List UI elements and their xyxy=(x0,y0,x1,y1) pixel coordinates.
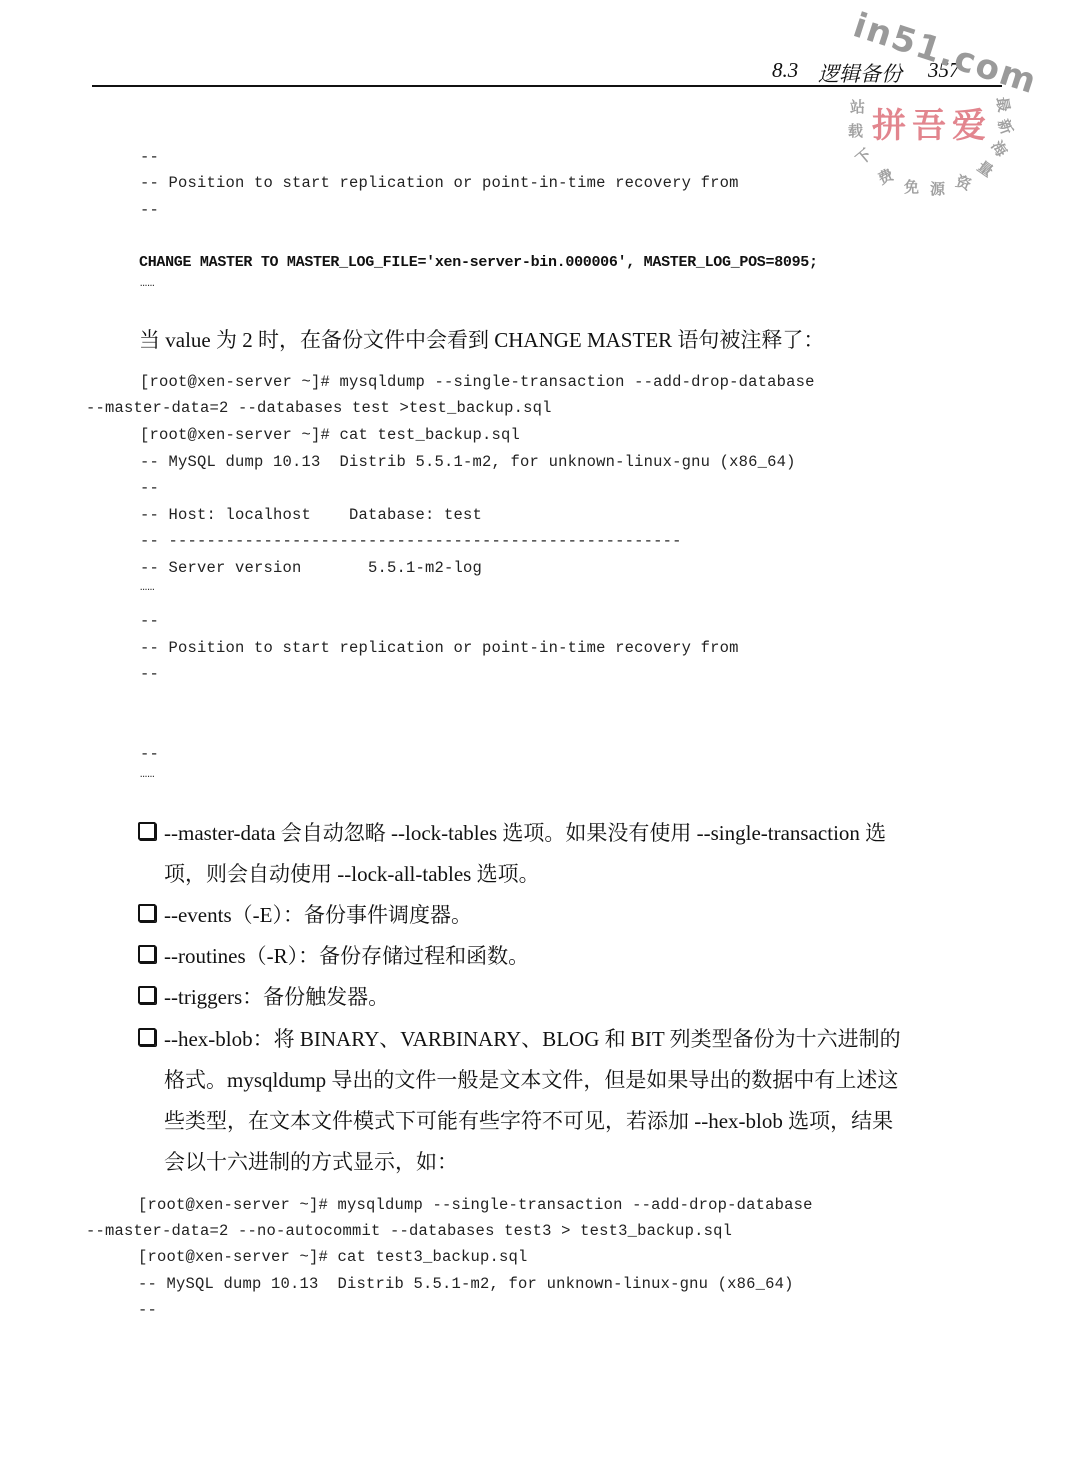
bullet-hex-blob-line4: 会以十六进制的方式显示，如： xyxy=(164,1146,458,1176)
bullet-checkbox-icon xyxy=(138,945,156,963)
change-master-statement: CHANGE MASTER TO MASTER_LOG_FILE='xen-se… xyxy=(139,254,818,271)
bullet-checkbox-icon xyxy=(138,904,156,922)
output-line: -- Position to start replication or poin… xyxy=(140,639,739,657)
output-line: -- -------------------------------------… xyxy=(140,532,682,550)
bullet-routines: --routines（-R）：备份存储过程和函数。 xyxy=(164,940,529,970)
ellipsis: …… xyxy=(140,580,155,594)
output-line: -- MySQL dump 10.13 Distrib 5.5.1-m2, fo… xyxy=(138,1275,794,1293)
bullet-events: --events（-E）：备份事件调度器。 xyxy=(164,899,472,929)
command-line: [root@xen-server ~]# cat test_backup.sql xyxy=(140,426,520,444)
output-line: -- xyxy=(140,612,159,630)
command-line-continuation: --master-data=2 --databases test >test_b… xyxy=(86,399,552,417)
bullet-checkbox-icon xyxy=(138,822,156,840)
bullet-checkbox-icon xyxy=(138,1028,156,1046)
watermark-ring-char: 载 xyxy=(848,120,863,141)
section-number: 8.3 xyxy=(772,58,798,83)
ellipsis: …… xyxy=(140,276,155,290)
command-line: [root@xen-server ~]# cat test3_backup.sq… xyxy=(138,1248,528,1266)
output-line: -- xyxy=(140,745,159,763)
watermark-ring-char: 最 xyxy=(992,95,1015,113)
watermark-main-text: 拼吾爱 xyxy=(872,98,992,147)
watermark-ring-char: 源 xyxy=(930,178,945,199)
bullet-hex-blob-line1: --hex-blob：将 BINARY、VARBINARY、BLOG 和 BIT… xyxy=(164,1023,901,1053)
output-line: -- Host: localhost Database: test xyxy=(140,506,482,524)
output-line: -- xyxy=(138,1301,157,1319)
command-line-continuation: --master-data=2 --no-autocommit --databa… xyxy=(86,1222,732,1240)
code-line: -- xyxy=(140,201,159,219)
paragraph-master-data-2: 当 value 为 2 时，在备份文件中会看到 CHANGE MASTER 语句… xyxy=(139,324,824,354)
watermark-ring-char: 资 xyxy=(953,170,974,195)
command-line: [root@xen-server ~]# mysqldump --single-… xyxy=(138,1196,813,1214)
bullet-hex-blob-line2: 格式。mysqldump 导出的文件一般是文本文件，但是如果导出的数据中有上述这 xyxy=(164,1064,898,1094)
bullet-master-data-line1: --master-data 会自动忽略 --lock-tables 选项。如果没… xyxy=(164,817,886,847)
output-line: -- Server version 5.5.1-m2-log xyxy=(140,559,482,577)
ellipsis: …… xyxy=(140,767,155,781)
bullet-checkbox-icon xyxy=(138,986,156,1004)
watermark-ring-char: 免 xyxy=(904,176,919,197)
watermark-ring-char: 新 xyxy=(993,116,1018,137)
watermark-domain: in51.com xyxy=(848,5,1042,102)
watermark-ring-char: 站 xyxy=(850,96,865,117)
command-line: [root@xen-server ~]# mysqldump --single-… xyxy=(140,373,815,391)
bullet-master-data-line2: 项，则会自动使用 --lock-all-tables 选项。 xyxy=(164,858,540,888)
bullet-triggers: --triggers：备份触发器。 xyxy=(164,981,389,1011)
output-line: -- MySQL dump 10.13 Distrib 5.5.1-m2, fo… xyxy=(140,453,796,471)
code-line: -- xyxy=(140,148,159,166)
output-line: -- xyxy=(140,665,159,683)
code-line: -- Position to start replication or poin… xyxy=(140,174,739,192)
watermark-ring-char: 下 xyxy=(851,144,876,170)
bullet-hex-blob-line3: 些类型，在文本文件模式下可能有些字符不可见，若添加 --hex-blob 选项，… xyxy=(164,1105,893,1135)
output-line: -- xyxy=(140,479,159,497)
watermark-ring-char: 费 xyxy=(874,164,896,189)
watermark-logo: in51.com 拼吾爱 站 载 下 费 免 源 资 量 海 新 最 xyxy=(820,28,1020,208)
